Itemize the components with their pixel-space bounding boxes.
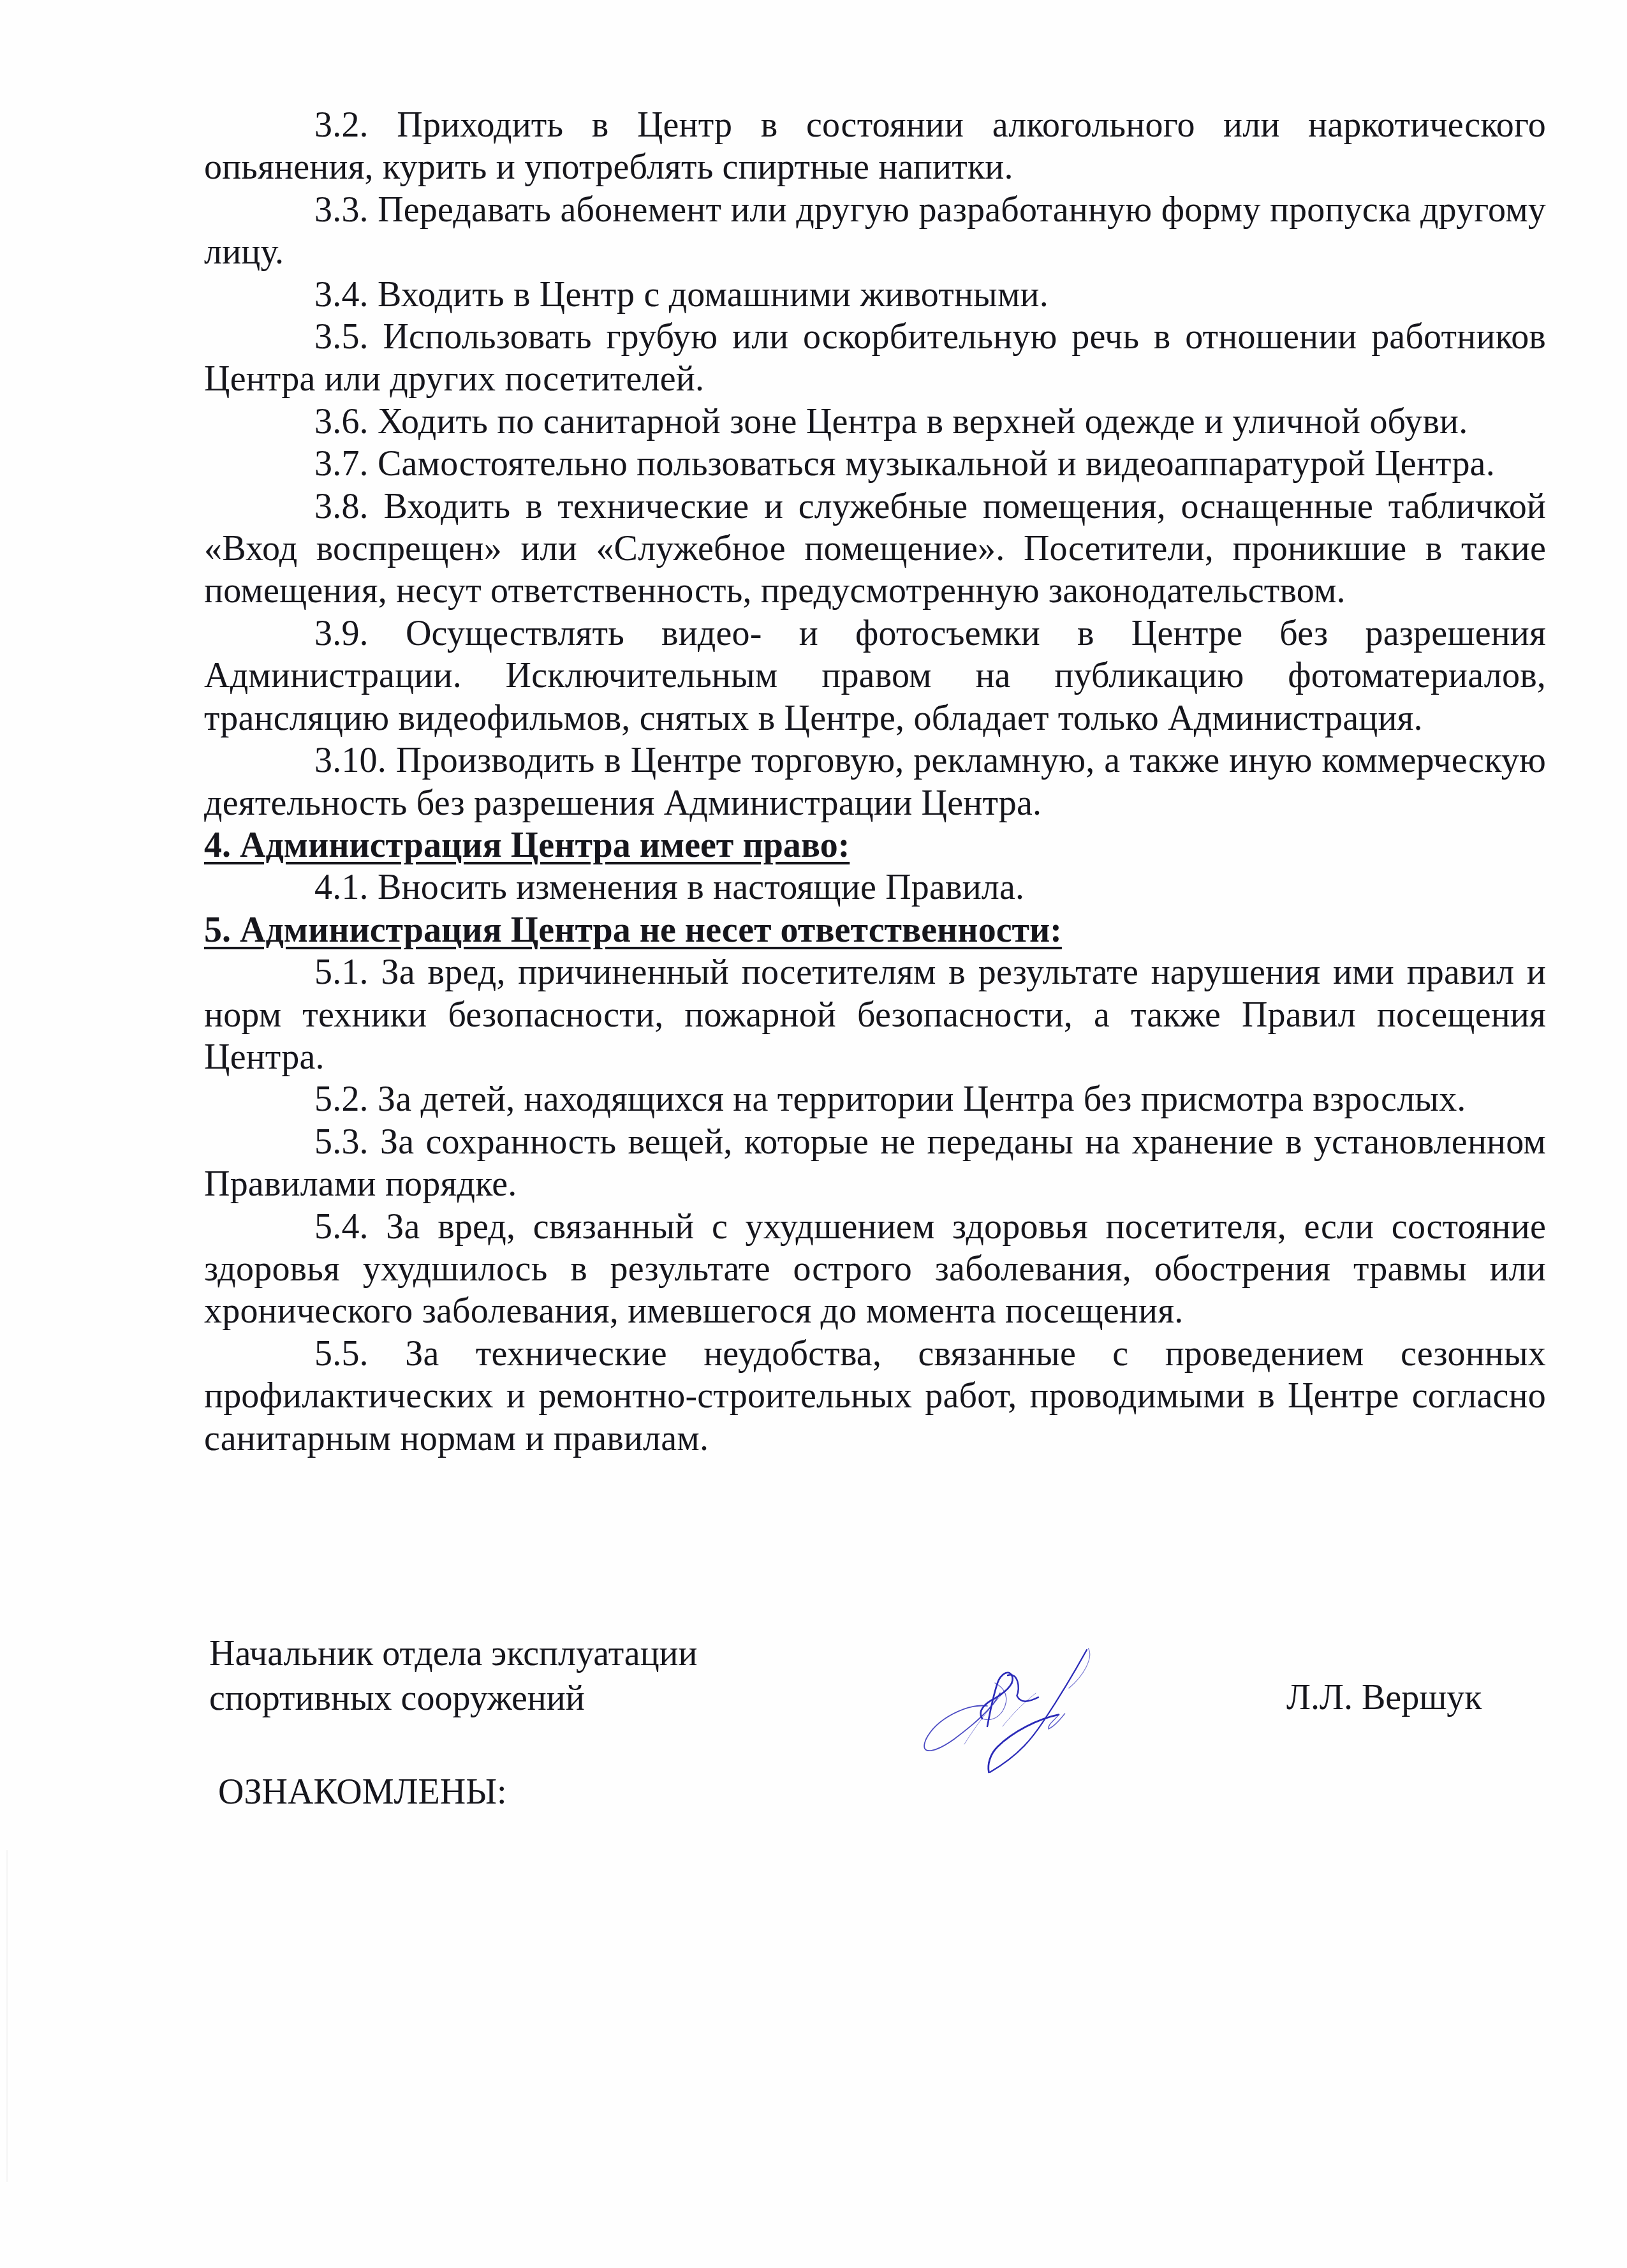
section-5-heading: 5. Администрация Центра не несет ответст… (204, 909, 1546, 951)
signatory-name: Л.Л. Вершук (1286, 1675, 1482, 1720)
rule-3-4: 3.4. Входить в Центр с домашними животны… (204, 274, 1546, 316)
rule-4-1: 4.1. Вносить изменения в настоящие Прави… (204, 866, 1546, 908)
acquainted-label: ОЗНАКОМЛЕНЫ: (218, 1770, 507, 1814)
rule-5-1: 5.1. За вред, причиненный посетителям в … (204, 951, 1546, 1078)
rule-5-5: 5.5. За технические неудобства, связанны… (204, 1333, 1546, 1460)
rule-5-2: 5.2. За детей, находящихся на территории… (204, 1078, 1546, 1120)
document-body: 3.2. Приходить в Центр в состоянии алког… (204, 104, 1546, 1460)
rule-3-2: 3.2. Приходить в Центр в состоянии алког… (204, 104, 1546, 189)
rule-3-3: 3.3. Передавать абонемент или другую раз… (204, 189, 1546, 274)
section-4-heading: 4. Администрация Центра имеет право: (204, 824, 1546, 866)
rule-3-9: 3.9. Осуществлять видео- и фотосъемки в … (204, 612, 1546, 739)
rule-5-3: 5.3. За сохранность вещей, которые не пе… (204, 1121, 1546, 1206)
document-page: 3.2. Приходить в Центр в состоянии алког… (0, 0, 1627, 2268)
rule-3-10: 3.10. Производить в Центре торговую, рек… (204, 739, 1546, 824)
scan-edge-artifact (6, 1850, 8, 2182)
rule-3-8: 3.8. Входить в технические и служебные п… (204, 485, 1546, 612)
handwritten-signature-icon (906, 1614, 1110, 1793)
rule-3-6: 3.6. Ходить по санитарной зоне Центра в … (204, 401, 1546, 443)
rule-5-4: 5.4. За вред, связанный с ухудшением здо… (204, 1206, 1546, 1333)
rule-3-7: 3.7. Самостоятельно пользоваться музыкал… (204, 443, 1546, 485)
signatory-position: Начальник отдела эксплуатации спортивных… (209, 1631, 698, 1721)
position-line-2: спортивных сооружений (209, 1676, 698, 1721)
rule-3-5: 3.5. Использовать грубую или оскорбитель… (204, 316, 1546, 401)
position-line-1: Начальник отдела эксплуатации (209, 1631, 698, 1676)
